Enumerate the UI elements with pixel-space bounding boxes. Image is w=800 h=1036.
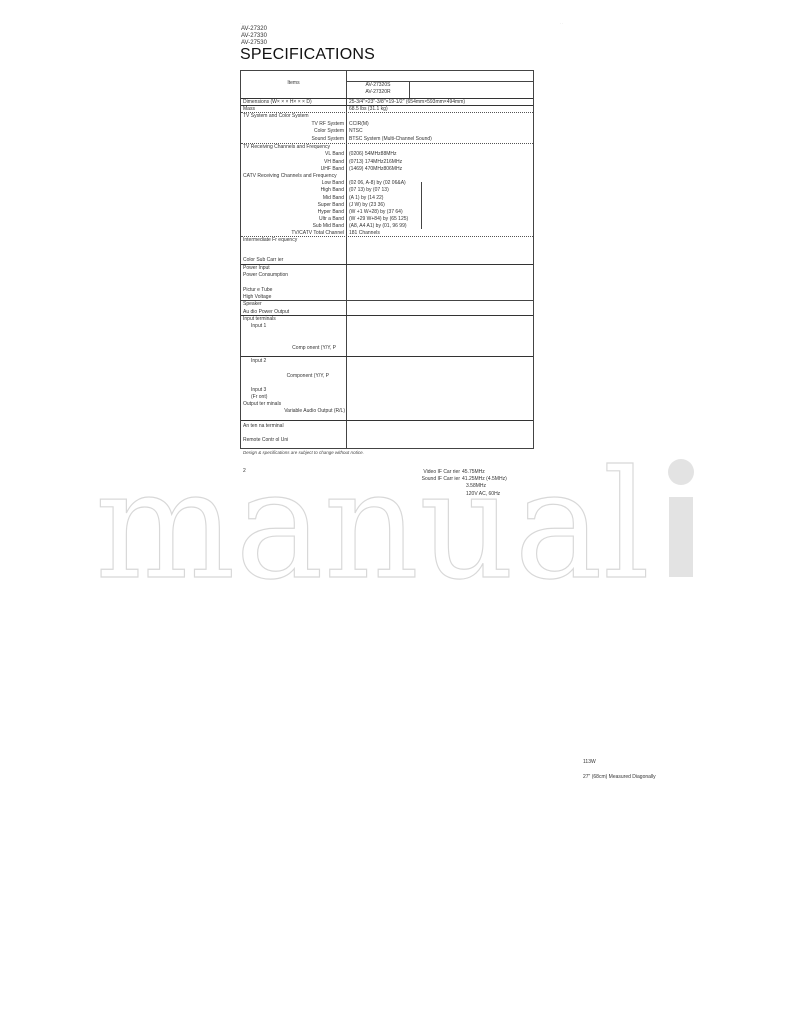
antenna-terminal-label: An ten na terminal xyxy=(243,423,284,429)
model-number: AV-27330 xyxy=(241,33,267,40)
sound-system-value: BTSC System (Multi-Channel Sound) xyxy=(349,136,432,142)
column-divider xyxy=(346,71,347,449)
intermediate-frequency-label: Intermediate Fr equency xyxy=(243,237,297,243)
hyper-band-label: Hyper Band xyxy=(241,209,344,215)
specifications-table: Items AV-27320S AV-27320R Dimensions (W×… xyxy=(240,70,534,449)
catv-receiving-label: CATV Receiving Channels and Frequency xyxy=(243,173,337,179)
variable-audio-output-label: Variable Audio Output (R/L) xyxy=(241,408,345,414)
model-numbers: AV-27320 AV-27330 AV-27530 xyxy=(241,26,267,47)
picture-tube-value: 27" (68cm) Measured Diagonally xyxy=(583,774,656,781)
input-3-front-label: (Fr ont) xyxy=(251,394,267,400)
model-number: AV-27320 xyxy=(241,26,267,33)
input-2-label: Input 2 xyxy=(251,358,266,364)
mid-band-label: Mid Band xyxy=(241,195,344,201)
uhf-band-label: UHF Band xyxy=(241,166,344,172)
low-band-label: Low Band xyxy=(241,180,344,186)
power-input-label: Power Input xyxy=(243,265,270,271)
sound-system-label: Sound System xyxy=(241,136,344,142)
color-system-label: Color System xyxy=(241,128,344,134)
high-band-label: High Band xyxy=(241,187,344,193)
power-consumption-label: Power Consumption xyxy=(243,272,288,278)
remote-control-label: Remote Contr ol Uni xyxy=(243,437,288,443)
color-sub-carrier-label: Color Sub Carr ier xyxy=(243,257,283,263)
high-band-value: (07 13) by (07 13) xyxy=(349,187,389,193)
tv-rf-system-label: TV RF System xyxy=(241,121,344,127)
input-1-label: Input 1 xyxy=(251,323,266,329)
sub-mid-band-label: Sub Mid Band xyxy=(241,223,344,229)
vh-band-value: (0713) 174MHz216MHz xyxy=(349,159,402,165)
model-header: AV-27320R xyxy=(347,89,409,95)
ultra-band-value: (W +29 W+84) by (65 125) xyxy=(349,216,408,222)
low-band-value: (02 06, A-8) by (02 06&A) xyxy=(349,180,406,186)
ultra-band-label: Ultr a Band xyxy=(241,216,344,222)
super-band-label: Super Band xyxy=(241,202,344,208)
watermark-text: manual xyxy=(95,455,650,585)
model-header: AV-27320S xyxy=(347,82,409,88)
component-2-label: Component (Y/Y, P xyxy=(241,373,329,379)
corner-mark: . . xyxy=(240,20,243,25)
uhf-band-value: (1469) 470MHz806MHz xyxy=(349,166,402,172)
picture-tube-label: Pictur e Tube xyxy=(243,287,272,293)
hyper-band-value: (W +1 W+28) by (37 64) xyxy=(349,209,403,215)
power-consumption-value: 113W xyxy=(583,759,596,766)
color-system-value: NTSC xyxy=(349,128,363,134)
items-header: Items xyxy=(241,80,346,86)
column-divider xyxy=(409,81,410,98)
vh-band-label: VH Band xyxy=(241,159,344,165)
vl-band-value: (0206) 54MHz88MHz xyxy=(349,151,397,157)
mid-band-value: (A 1) by (14 22) xyxy=(349,195,383,201)
vl-band-label: VL Band xyxy=(241,151,344,157)
page-title: SPECIFICATIONS xyxy=(240,46,375,64)
input-terminals-label: Input terminals xyxy=(243,316,276,322)
tv-rf-system-value: CCIR(M) xyxy=(349,121,369,127)
speaker-label: Speaker xyxy=(243,301,262,307)
super-band-value: (J W) by (23 36) xyxy=(349,202,385,208)
tv-receiving-label: TV Receiving Channels and Frequency xyxy=(243,144,330,150)
corner-mark: . . xyxy=(560,20,563,25)
watermark-dot xyxy=(668,459,694,485)
bracket-line xyxy=(421,182,422,229)
input-3-label: Input 3 xyxy=(251,387,266,393)
sub-mid-band-value: (A8, A4 A1) by (01, 96 99) xyxy=(349,223,407,229)
tv-system-label: TV System and Color System xyxy=(243,113,309,119)
watermark-i-stem xyxy=(669,497,693,577)
manuali-watermark: manual xyxy=(95,455,705,585)
output-terminals-label: Output ter minals xyxy=(243,401,281,407)
component-1-label: Comp onent (Y/Y, P xyxy=(241,345,336,351)
